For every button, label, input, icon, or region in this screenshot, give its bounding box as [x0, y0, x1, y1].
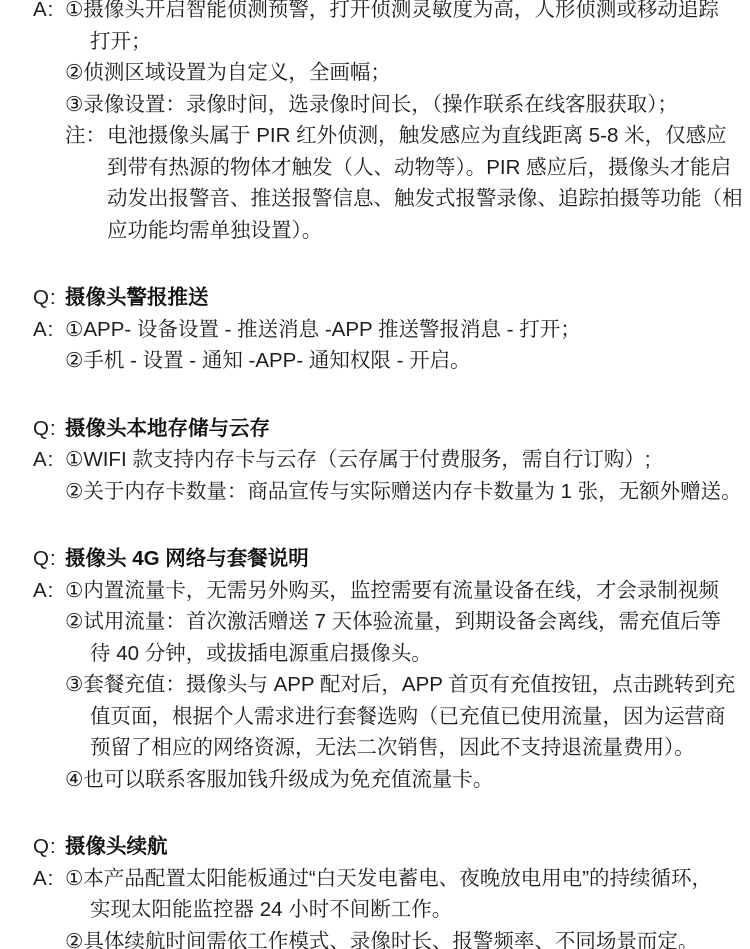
line-text: 待 40 分钟，或拔插电源重启摄像头。 — [90, 642, 432, 665]
faq-line: ③录像设置：录像时间，选录像时间长，（操作联系在线客服获取）； — [0, 89, 750, 121]
qa-label: Q: — [33, 413, 57, 445]
line-text: 打开； — [90, 30, 152, 53]
line-text: 实现太阳能监控器 24 小时不间断工作。 — [90, 898, 452, 921]
faq-question-heading: Q: 摄像头 4G 网络与套餐说明 — [0, 543, 750, 575]
faq-question-heading: Q: 摄像头续航 — [0, 831, 750, 863]
qa-label: 注： — [65, 120, 106, 152]
faq-line: 打开； — [0, 26, 750, 58]
faq-line: ②具体续航时间需依工作模式、录像时长、报警频率、不同场景而定。 — [0, 926, 750, 949]
line-text: 摄像头续航 — [65, 835, 168, 858]
faq-line: A: ①本产品配置太阳能板通过“白天发电蓄电、夜晚放电用电”的持续循环， — [0, 863, 750, 895]
line-text: 摄像头本地存储与云存 — [65, 417, 270, 440]
line-text: ①内置流量卡，无需另外购买，监控需要有流量设备在线，才会录制视频 — [65, 579, 719, 602]
faq-line: A: ①摄像头开启智能侦测预警，打开侦测灵敏度为高，人形侦测或移动追踪 — [0, 0, 750, 26]
line-text: ②试用流量：首次激活赠送 7 天体验流量，到期设备会离线，需充值后等 — [65, 610, 721, 633]
faq-line: 动发出报警音、推送报警信息、触发式报警录像、追踪拍摄等功能（相 — [0, 183, 750, 215]
qa-label: A: — [33, 314, 54, 346]
line-text: ①APP- 设备设置 - 推送消息 -APP 推送警报消息 - 打开； — [65, 318, 581, 341]
faq-line: ②关于内存卡数量：商品宣传与实际赠送内存卡数量为 1 张，无额外赠送。 — [0, 476, 750, 508]
faq-line: 注： 电池摄像头属于 PIR 红外侦测，触发感应为直线距离 5-8 米，仅感应 — [0, 120, 750, 152]
faq-line: 值页面，根据个人需求进行套餐选购（已充值已使用流量，因为运营商 — [0, 701, 750, 733]
faq-line: 预留了相应的网络资源，无法二次销售，因此不支持退流量费用）。 — [0, 732, 750, 764]
faq-line: ②侦测区域设置为自定义，全画幅； — [0, 57, 750, 89]
line-text: 动发出报警音、推送报警信息、触发式报警录像、追踪拍摄等功能（相 — [107, 187, 743, 210]
line-text: ③套餐充值：摄像头与 APP 配对后，APP 首页有充值按钮，点击跳转到充 — [65, 673, 735, 696]
faq-line: 到带有热源的物体才触发（人、动物等）。PIR 感应后，摄像头才能启 — [0, 152, 750, 184]
line-text: 应功能均需单独设置）。 — [107, 219, 322, 242]
faq-line: ②试用流量：首次激活赠送 7 天体验流量，到期设备会离线，需充值后等 — [0, 606, 750, 638]
line-text: 摄像头 4G 网络与套餐说明 — [65, 547, 309, 570]
line-text: ②关于内存卡数量：商品宣传与实际赠送内存卡数量为 1 张，无额外赠送。 — [65, 480, 742, 503]
line-text: 电池摄像头属于 PIR 红外侦测，触发感应为直线距离 5-8 米，仅感应 — [107, 124, 727, 147]
line-text: ②具体续航时间需依工作模式、录像时长、报警频率、不同场景而定。 — [65, 930, 698, 949]
qa-label: A: — [33, 575, 54, 607]
faq-question-heading: Q: 摄像头警报推送 — [0, 282, 750, 314]
line-text: ②侦测区域设置为自定义，全画幅； — [65, 61, 391, 84]
line-text: ④也可以联系客服加钱升级成为免充值流量卡。 — [65, 768, 493, 791]
faq-document: A: ①摄像头开启智能侦测预警，打开侦测灵敏度为高，人形侦测或移动追踪 打开； … — [0, 0, 750, 949]
qa-label: Q: — [33, 543, 57, 575]
qa-label: A: — [33, 444, 54, 476]
faq-line: ③套餐充值：摄像头与 APP 配对后，APP 首页有充值按钮，点击跳转到充 — [0, 669, 750, 701]
faq-line: A: ①内置流量卡，无需另外购买，监控需要有流量设备在线，才会录制视频 — [0, 575, 750, 607]
line-text: 预留了相应的网络资源，无法二次销售，因此不支持退流量费用）。 — [90, 736, 695, 759]
line-text: 到带有热源的物体才触发（人、动物等）。PIR 感应后，摄像头才能启 — [107, 156, 731, 179]
faq-line: A: ①APP- 设备设置 - 推送消息 -APP 推送警报消息 - 打开； — [0, 314, 750, 346]
line-text: ①摄像头开启智能侦测预警，打开侦测灵敏度为高，人形侦测或移动追踪 — [65, 0, 719, 21]
line-text: 摄像头警报推送 — [65, 286, 209, 309]
line-text: 值页面，根据个人需求进行套餐选购（已充值已使用流量，因为运营商 — [90, 705, 726, 728]
qa-label: Q: — [33, 282, 57, 314]
qa-label: Q: — [33, 831, 57, 863]
faq-line: ②手机 - 设置 - 通知 -APP- 通知权限 - 开启。 — [0, 345, 750, 377]
faq-line: 应功能均需单独设置）。 — [0, 215, 750, 247]
faq-line: A: ①WIFI 款支持内存卡与云存（云存属于付费服务，需自行订购）; — [0, 444, 750, 476]
faq-line: 实现太阳能监控器 24 小时不间断工作。 — [0, 894, 750, 926]
faq-question-heading: Q: 摄像头本地存储与云存 — [0, 413, 750, 445]
line-text: ③录像设置：录像时间，选录像时间长，（操作联系在线客服获取）； — [65, 93, 678, 116]
qa-label: A: — [33, 863, 54, 895]
qa-label: A: — [33, 0, 54, 26]
line-text: ②手机 - 设置 - 通知 -APP- 通知权限 - 开启。 — [65, 349, 471, 372]
faq-line: ④也可以联系客服加钱升级成为免充值流量卡。 — [0, 764, 750, 796]
line-text: ①WIFI 款支持内存卡与云存（云存属于付费服务，需自行订购）; — [65, 448, 651, 471]
faq-line: 待 40 分钟，或拔插电源重启摄像头。 — [0, 638, 750, 670]
line-text: ①本产品配置太阳能板通过“白天发电蓄电、夜晚放电用电”的持续循环， — [65, 867, 712, 890]
